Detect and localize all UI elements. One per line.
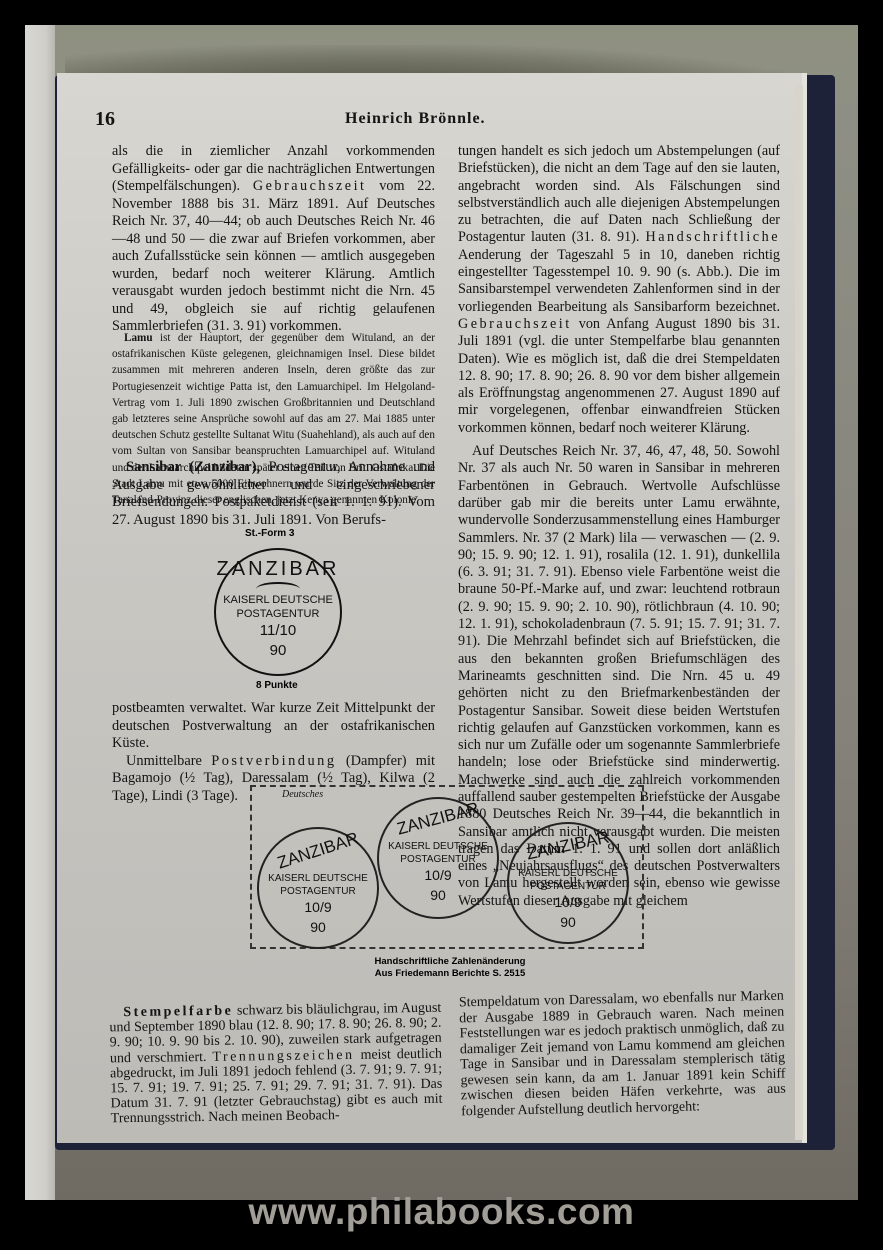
zanzibar-postmark-figure: ZANZIBAR KAISERL DEUTSCHE POSTAGENTUR 11… [214, 548, 342, 676]
bottom-right-paragraph: Stempeldatum von Daressalam, wo ebenfall… [459, 989, 787, 1120]
postmark-arc: ZANZIBAR [508, 824, 628, 868]
postmark-date: 10/9 [259, 899, 377, 915]
sansibar-paragraph: Sansibar (Zanzibar), Postagentur, Annahm… [112, 459, 435, 529]
spaced-term: Postverbindung [211, 753, 336, 769]
postmark-line1: KAISERL DEUTSCHE [509, 868, 627, 879]
spaced-term: Gebrauchszeit [253, 178, 367, 194]
page-number: 16 [95, 108, 115, 131]
sansibar-heading: Sansibar (Zanzibar), [126, 459, 260, 475]
figure-postmark-2: ZANZIBAR KAISERL DEUTSCHE POSTAGENTUR 10… [377, 797, 499, 919]
text: Unmittelbare [126, 753, 202, 769]
postmark-line2: POSTAGENTUR [509, 881, 627, 892]
postmark-arc: ZANZIBAR [259, 823, 377, 878]
text: vom 22. November 1888 bis 31. März 1891.… [112, 178, 435, 334]
postmark-line2: POSTAGENTUR [379, 854, 497, 865]
figure-postmark-1: ZANZIBAR KAISERL DEUTSCHE POSTAGENTUR 10… [257, 827, 379, 949]
postmark-date: 10/9 [379, 867, 497, 883]
stamp-caption-top: St.-Form 3 [245, 528, 294, 539]
spaced-term: Gebrauchszeit [458, 316, 572, 332]
spaced-term: Stempelfarbe [123, 1004, 233, 1021]
stamp-line1: KAISERL DEUTSCHE [216, 594, 340, 606]
postmark-year: 90 [509, 914, 627, 930]
stamp-caption-bottom: 8 Punkte [256, 680, 298, 691]
postmark-line1: KAISERL DEUTSCHE [379, 841, 497, 852]
cover-header-word: Deutsches [282, 789, 323, 800]
text: postbeamten verwaltet. War kurze Zeit Mi… [112, 700, 435, 753]
postmark-date: 10/9 [509, 894, 627, 910]
postmark-line1: KAISERL DEUTSCHE [259, 873, 377, 884]
bottom-left-paragraph: Stempelfarbe schwarz bis bläulichgrau, i… [109, 1001, 443, 1127]
postmark-arc: ZANZIBAR [378, 794, 497, 844]
page-stack-edge [795, 85, 803, 1140]
spaced-term: Handschriftliche [645, 229, 780, 245]
facing-page-edge [25, 25, 55, 1200]
stamp-line2: POSTAGENTUR [216, 608, 340, 620]
text: Aenderung der Tageszahl 5 in 10, daneben… [458, 247, 780, 315]
text: von Anfang August 1890 bis 31. Juli 1891… [458, 316, 780, 436]
note-lead: Lamu [124, 332, 153, 344]
cover-with-postmarks-figure: Deutsches ZANZIBAR KAISERL DEUTSCHE POST… [250, 785, 644, 949]
left-column-paragraph: als die in ziemlicher Anzahl vorkommende… [112, 143, 435, 336]
postmark-year: 90 [259, 919, 377, 935]
stamp-arc-text: ZANZIBAR [216, 558, 340, 581]
figure-caption: Handschriftliche Zahlenänderung Aus Frie… [330, 956, 570, 980]
stamp-year: 90 [216, 642, 340, 659]
postmark-line2: POSTAGENTUR [259, 886, 377, 897]
running-head: Heinrich Brönnle. [345, 110, 486, 128]
figure-postmark-3: ZANZIBAR KAISERL DEUTSCHE POSTAGENTUR 10… [507, 822, 629, 944]
stamp-date: 11/10 [216, 622, 340, 639]
watermark: www.philabooks.com [0, 1191, 883, 1233]
postmark-year: 90 [379, 887, 497, 903]
figure-caption-line2: Aus Friedemann Berichte S. 2515 [330, 968, 570, 980]
spaced-term: Trennungszeichen [212, 1048, 354, 1065]
figure-caption-line1: Handschriftliche Zahlenänderung [330, 956, 570, 968]
